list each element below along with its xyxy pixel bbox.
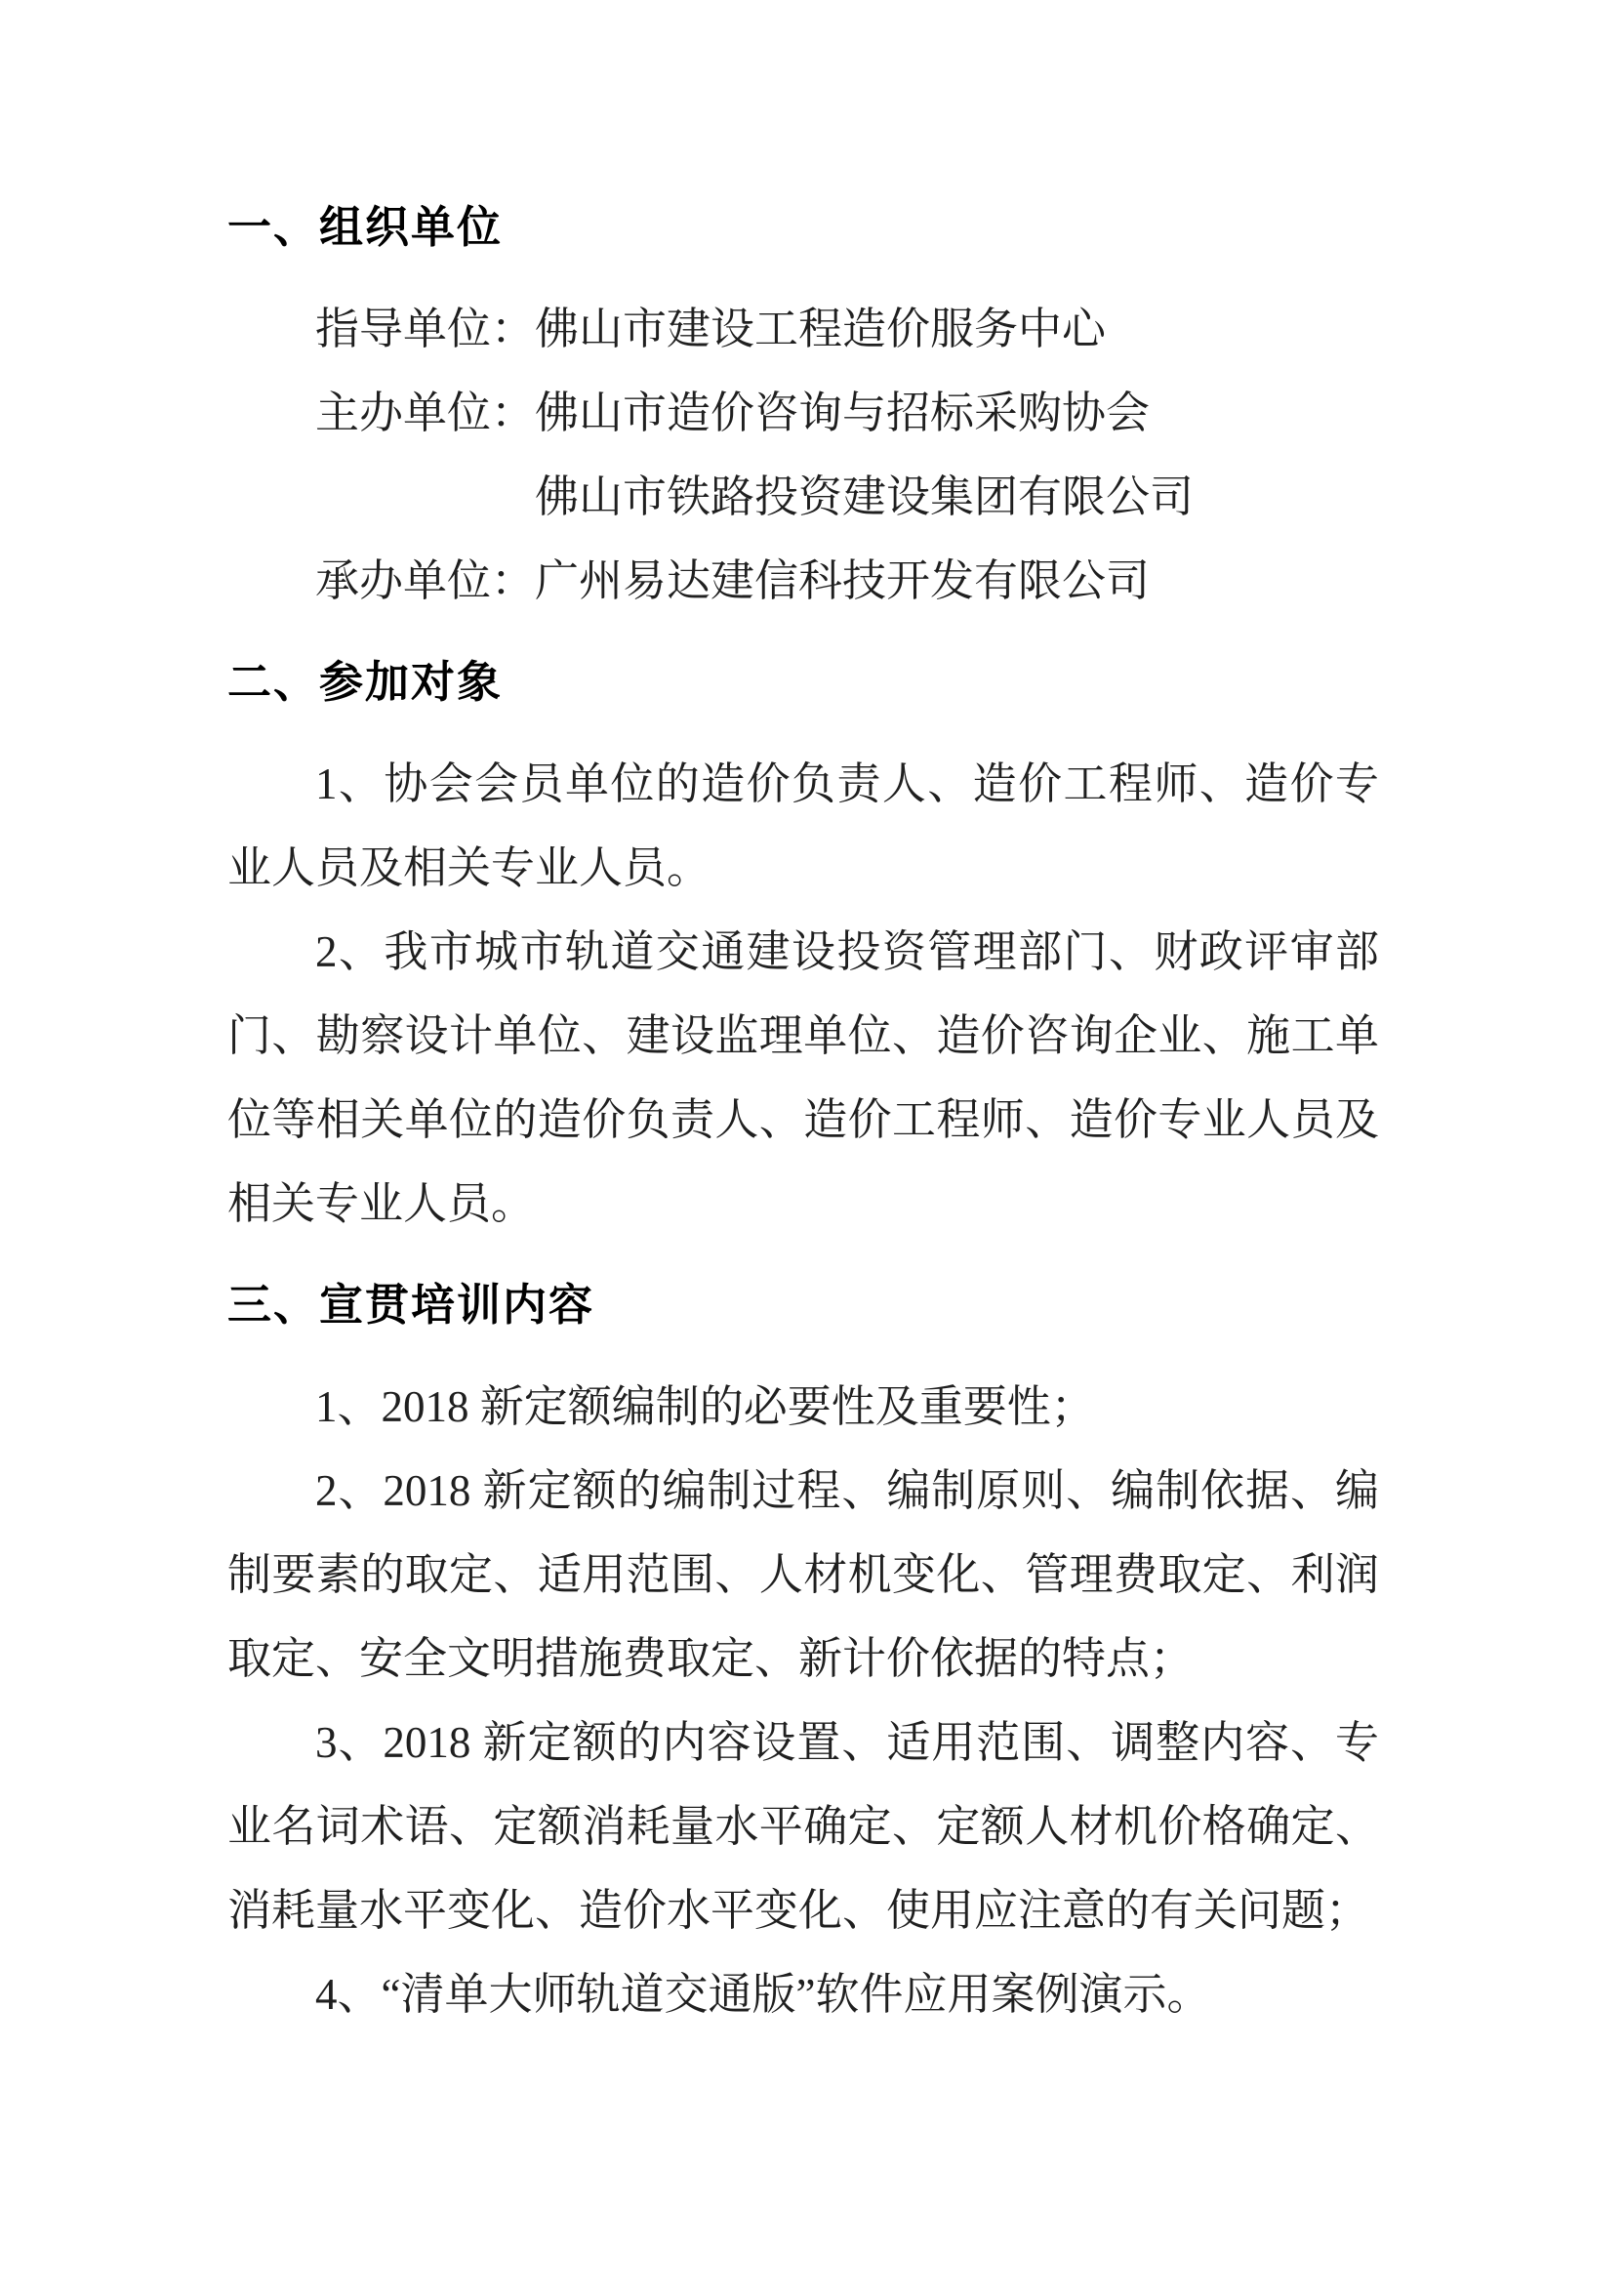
text-line: 业人员及相关专业人员。 [227, 826, 1379, 910]
text-line-guiding-unit: 指导单位：佛山市建设工程造价服务中心 [227, 287, 1379, 371]
text-line: 1、协会会员单位的造价负责人、造价工程师、造价专 [227, 742, 1379, 826]
text-line-host-unit-2: 佛山市铁路投资建设集团有限公司 [227, 455, 1379, 539]
section-heading-participants: 二、参加对象 [227, 640, 1379, 724]
document-page: 一、组织单位 指导单位：佛山市建设工程造价服务中心 主办单位：佛山市造价咨询与招… [0, 0, 1624, 2296]
text-line: 取定、安全文明措施费取定、新计价依据的特点； [227, 1617, 1379, 1701]
section-heading-training-content: 三、宣贯培训内容 [227, 1263, 1379, 1347]
text-line: 2、2018 新定额的编制过程、编制原则、编制依据、编 [227, 1449, 1379, 1533]
text-line: 1、2018 新定额编制的必要性及重要性； [227, 1365, 1379, 1449]
text-line: 制要素的取定、适用范围、人材机变化、管理费取定、利润 [227, 1533, 1379, 1617]
text-line: 门、勘察设计单位、建设监理单位、造价咨询企业、施工单 [227, 994, 1379, 1078]
text-line: 相关专业人员。 [227, 1162, 1379, 1246]
text-line: 3、2018 新定额的内容设置、适用范围、调整内容、专 [227, 1701, 1379, 1784]
text-line: 4、“清单大师轨道交通版”软件应用案例演示。 [227, 1952, 1379, 2036]
document-body: 一、组织单位 指导单位：佛山市建设工程造价服务中心 主办单位：佛山市造价咨询与招… [227, 168, 1379, 2036]
text-line: 位等相关单位的造价负责人、造价工程师、造价专业人员及 [227, 1078, 1379, 1162]
text-line-undertaking-unit: 承办单位：广州易达建信科技开发有限公司 [227, 539, 1379, 623]
text-line: 消耗量水平变化、造价水平变化、使用应注意的有关问题； [227, 1868, 1379, 1952]
section-heading-organizers: 一、组织单位 [227, 185, 1379, 269]
text-line-host-unit: 主办单位：佛山市造价咨询与招标采购协会 [227, 371, 1379, 455]
text-line: 2、我市城市轨道交通建设投资管理部门、财政评审部 [227, 910, 1379, 994]
text-line: 业名词术语、定额消耗量水平确定、定额人材机价格确定、 [227, 1784, 1379, 1868]
